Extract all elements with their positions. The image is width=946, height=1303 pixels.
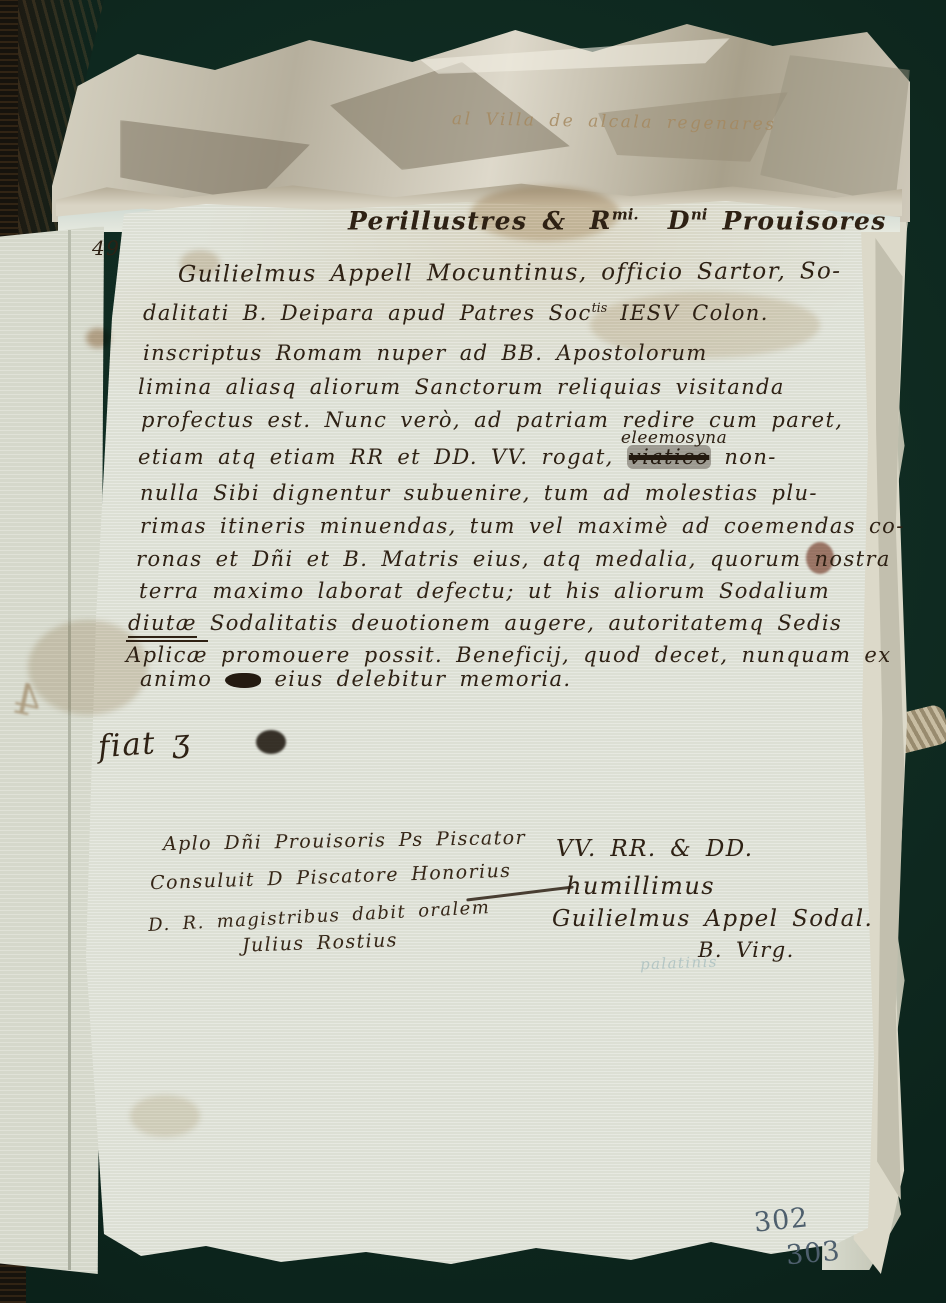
superscript-abbr: tis [592,300,608,315]
stain [130,1095,200,1137]
title-lead: Perillustres & [348,206,567,235]
body-line-1: Guilielmus Appell Mocuntinus, officio Sa… [178,258,842,287]
ink-blot [225,673,261,688]
facing-page-edge [0,226,104,1274]
body-line-11: diutæ Sodalitatis deuotionem augere, aut… [128,611,842,635]
body-line-8: rimas itineris minuendas, tum vel maximè… [140,514,905,538]
body-line-5: profectus est. Nunc verò, ad patriam red… [141,408,843,432]
body-line-9: ronas et Dñi et B. Matris eius, atq meda… [136,547,891,571]
subscription-line-1: VV. RR. & DD. [556,836,753,862]
underlined-word: diutæ [128,611,197,638]
body-line-12: Aplicæ promouere possit. Beneficij, quod… [126,643,892,667]
manuscript-photograph: al Villa de alcala regenares 4 49 Perill… [0,0,946,1303]
title-r-abbr: Rmi. [590,206,639,235]
body-line-3: inscriptus Romam nuper ad BB. Apostoloru… [143,341,708,365]
inserted-word: eleemosyna [621,428,727,448]
stain [86,328,110,348]
body-line-4: limina aliasq aliorum Sanctorum reliquia… [138,375,785,399]
title-line: Perillustres & Rmi. Dni Prouisores [348,206,887,235]
overlined-word: Aplicæ [126,640,208,667]
body-line-2: dalitati B. Deipara apud Patres Soctis I… [143,300,769,325]
title-d-abbr: Dni [668,206,708,235]
struck-word: viatico [627,445,711,469]
folio-number: 49 [92,236,120,260]
subscription-line-2: humillimus [566,872,715,900]
page-crease-line [68,230,71,1270]
archive-number-top: 302 [753,1202,810,1239]
body-line-6: etiam atq etiam RR et DD. VV. rogat, via… [138,445,777,469]
approval-mark: fiat ʒ [97,723,192,765]
body-line-7: nulla Sibi dignentur subuenire, tum ad m… [140,481,818,505]
petitioner-signature: Guilielmus Appel Sodal. [552,906,873,932]
body-line-10: terra maximo laborat defectu; ut his ali… [139,579,830,603]
body-line-13: animo eius delebitur memoria. [140,667,572,691]
corrected-word: viaticoeleemosyna [627,445,711,469]
ghost-showthrough-text: palatinis [640,953,718,974]
title-tail: Prouisores [723,206,887,235]
archive-number-bottom: 303 [785,1236,842,1272]
ink-blob [256,730,286,754]
